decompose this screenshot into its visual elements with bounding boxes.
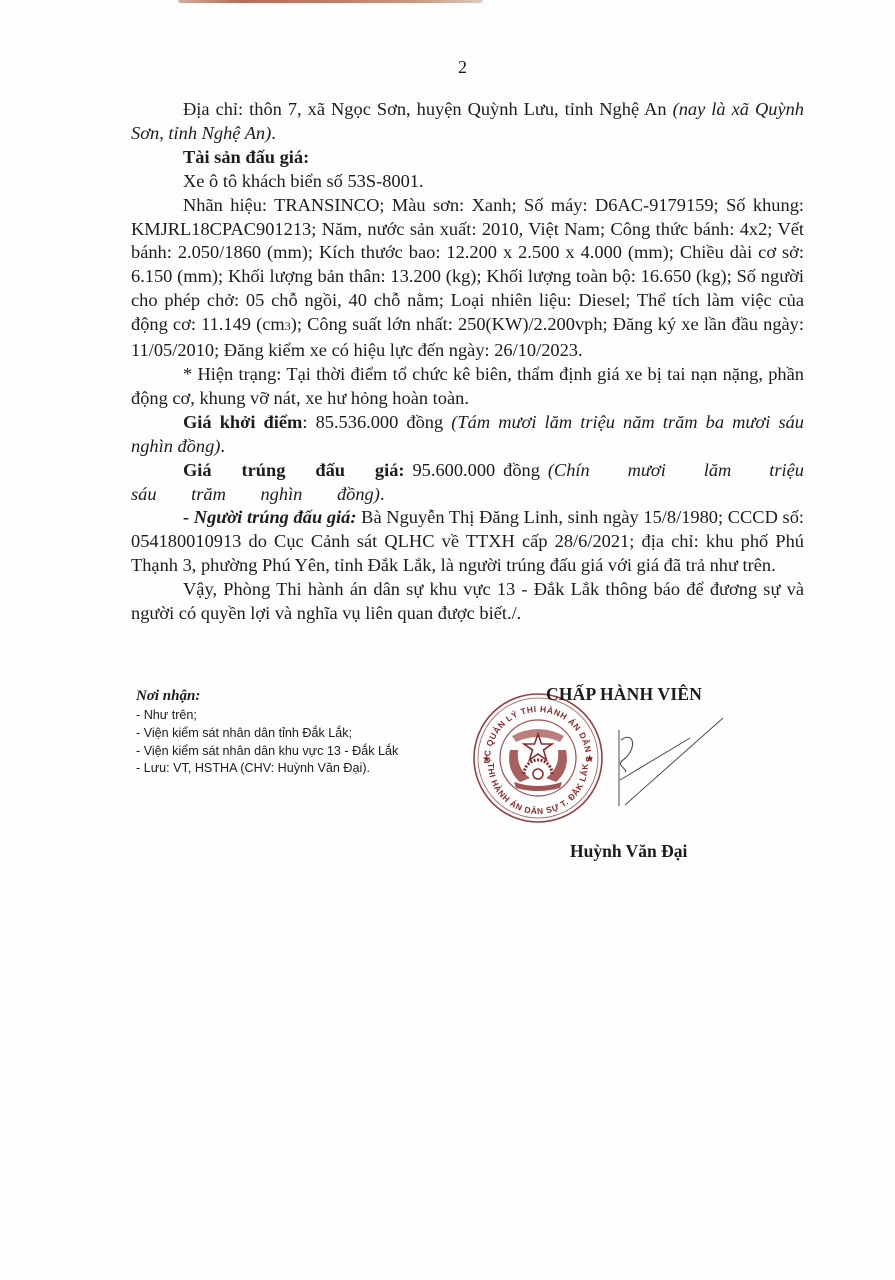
punctuation: . [380,484,385,504]
winning-price-value: 95.600.000 đồng [405,460,548,480]
asset-name: Xe ô tô khách biển số 53S-8001. [131,170,804,194]
punctuation: . [271,123,276,143]
starting-price-paragraph: Giá khởi điểm: 85.536.000 đồng (Tám mươi… [131,411,804,459]
recipients-block: Nơi nhận: - Như trên; - Viện kiểm sát nh… [136,687,398,778]
winning-price-paragraph: Giá trúng đấu giá: 95.600.000 đồng (Chín… [131,459,804,507]
asset-condition: * Hiện trạng: Tại thời điểm tổ chức kê b… [131,363,804,411]
asset-heading: Tài sản đấu giá: [131,146,804,170]
address-paragraph: Địa chỉ: thôn 7, xã Ngọc Sơn, huyện Quỳn… [131,98,804,146]
punctuation: . [220,436,225,456]
official-seal-icon: CỤC QUẢN LÝ THI HÀNH ÁN DÂN SỰ THI HÀNH … [470,690,606,826]
signer-name: Huỳnh Văn Đại [570,841,687,862]
starting-price-label: Giá khởi điểm [183,412,302,432]
document-body: Địa chỉ: thôn 7, xã Ngọc Sơn, huyện Quỳn… [131,98,804,626]
winner-label: - Người trúng đấu giá: [183,507,357,527]
signer-title: CHẤP HÀNH VIÊN [546,684,702,705]
recipient-item: - Lưu: VT, HSTHA (CHV: Huỳnh Văn Đại). [136,760,398,778]
recipient-item: - Viện kiểm sát nhân dân tỉnh Đắk Lắk; [136,725,398,743]
starting-price-value: 85.536.000 đồng [316,412,452,432]
winning-price-label: Giá trúng đấu giá: [183,460,405,480]
winner-paragraph: - Người trúng đấu giá: Bà Nguyễn Thị Đăn… [131,506,804,578]
handwritten-signature-icon [615,710,725,810]
svg-text:★: ★ [482,754,491,765]
scan-edge-artifact [178,0,483,3]
svg-text:★: ★ [585,754,594,765]
closing-paragraph: Vậy, Phòng Thi hành án dân sự khu vực 13… [131,578,804,626]
address-text: Địa chỉ: thôn 7, xã Ngọc Sơn, huyện Quỳn… [183,99,673,119]
recipient-item: - Như trên; [136,707,398,725]
punctuation: : [302,412,315,432]
recipient-item: - Viện kiểm sát nhân dân khu vực 13 - Đắ… [136,743,398,761]
page-number: 2 [0,57,895,78]
recipients-title: Nơi nhận: [136,687,398,705]
asset-specs: Nhãn hiệu: TRANSINCO; Màu sơn: Xanh; Số … [131,194,804,363]
